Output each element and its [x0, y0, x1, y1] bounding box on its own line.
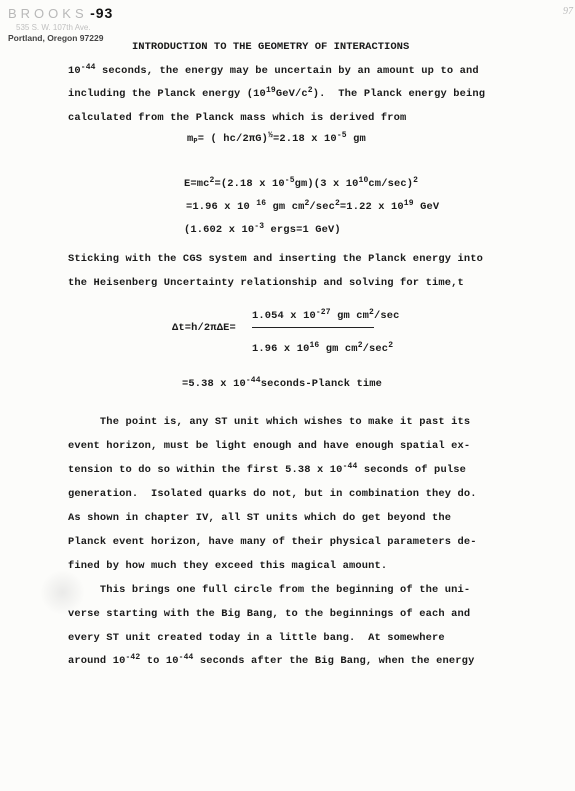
text-line-p4: generation. Isolated quarks do not, but …	[68, 488, 477, 500]
handwritten-annotation: -93	[90, 5, 113, 21]
text-line-eq4: (1.602 x 10-3 ergs=1 GeV)	[184, 224, 341, 236]
text-line-p10: every ST unit created today in a little …	[68, 632, 445, 644]
stamp-name: BROOKS	[8, 6, 88, 21]
text-line-l2: including the Planck energy (1019GeV/c2)…	[68, 88, 485, 100]
fraction-bar	[252, 327, 374, 328]
text-line-p3: tension to do so within the first 5.38 x…	[68, 464, 466, 476]
text-line-num: 1.054 x 10-27 gm cm2/sec	[252, 310, 400, 322]
text-line-p5: As shown in chapter IV, all ST units whi…	[68, 512, 451, 524]
text-line-p8: This brings one full circle from the beg…	[68, 584, 470, 596]
text-line-p1: The point is, any ST unit which wishes t…	[68, 416, 470, 428]
text-line-l1: 10-44 seconds, the energy may be uncerta…	[68, 65, 479, 77]
text-line-res: =5.38 x 10-44seconds-Planck time	[182, 378, 382, 390]
text-line-eq3: =1.96 x 10 16 gm cm2/sec2=1.22 x 1019 Ge…	[186, 201, 439, 213]
text-line-lhs: Δt=h/2πΔE=	[172, 322, 236, 334]
text-line-p7: fined by how much they exceed this magic…	[68, 560, 387, 572]
page-number-mark: 97	[563, 6, 573, 17]
page-title: INTRODUCTION TO THE GEOMETRY OF INTERACT…	[132, 41, 409, 53]
text-line-p11: around 10-42 to 10-44 seconds after the …	[68, 655, 474, 667]
text-line-l4: Sticking with the CGS system and inserti…	[68, 253, 483, 265]
text-line-den: 1.96 x 1016 gm cm2/sec2	[252, 343, 393, 355]
text-line-p2: event horizon, must be light enough and …	[68, 440, 470, 452]
text-line-l5: the Heisenberg Uncertainty relationship …	[68, 277, 464, 289]
text-line-eq2: E=mc2=(2.18 x 10-5gm)(3 x 1010cm/sec)2	[184, 178, 418, 190]
text-line-p6: Planck event horizon, have many of their…	[68, 536, 477, 548]
text-line-l3: calculated from the Planck mass which is…	[68, 112, 406, 124]
stamp-city: Portland, Oregon 97229	[8, 34, 113, 43]
text-line-p9: verse starting with the Big Bang, to the…	[68, 608, 470, 620]
text-line-eq1: mP= ( hc/2πG)½=2.18 x 10-5 gm	[187, 133, 366, 146]
stamp-street: 535 S. W. 107th Ave.	[16, 24, 113, 32]
address-stamp: BROOKS -93 535 S. W. 107th Ave. Portland…	[8, 6, 113, 43]
